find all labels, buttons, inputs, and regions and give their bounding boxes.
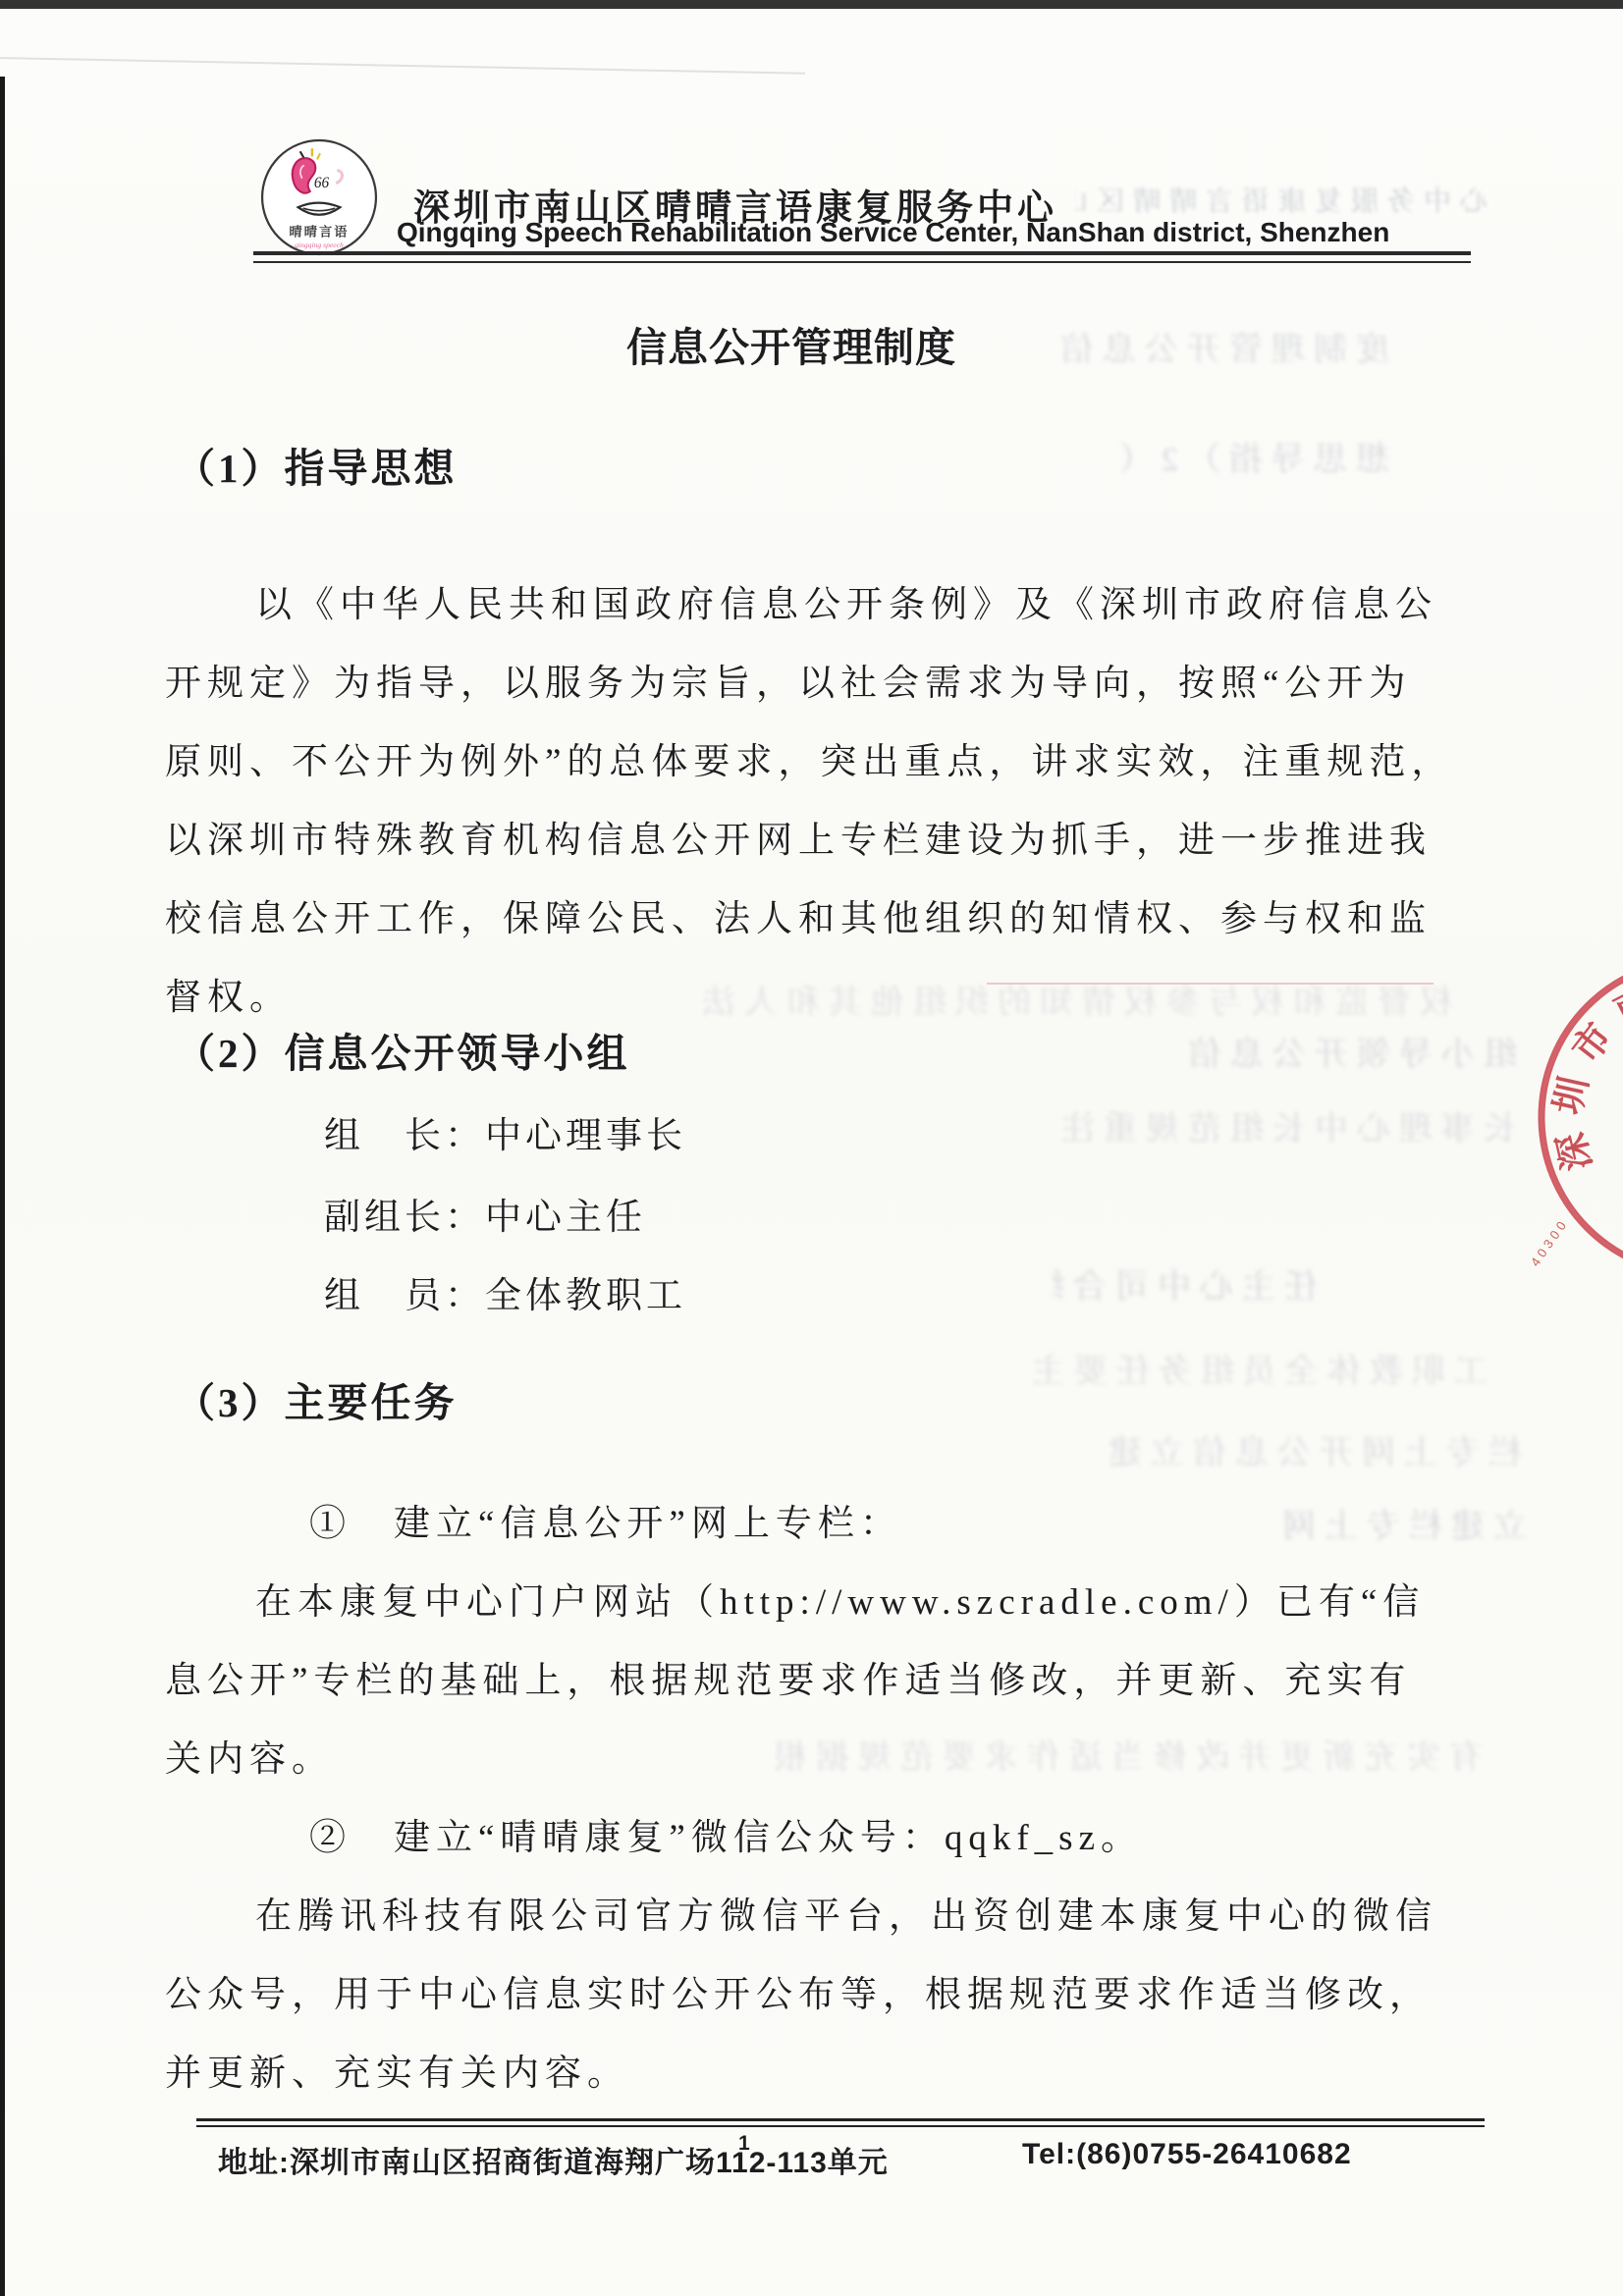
org-logo: 66 晴晴言语 qingqing speech (259, 137, 379, 257)
paragraph-line: 校信息公开工作，保障公民、法人和其他组织的知情权、参与权和监 (165, 888, 1432, 941)
bleedthrough-text: 栏专上网开公息信立建 (815, 1425, 1522, 1470)
bleedthrough-text: 立建栏专上网 (1163, 1499, 1527, 1544)
bleedthrough-text: 想思导指）2（ (1075, 432, 1389, 477)
section-1-heading: （1）指导思想 (175, 436, 458, 494)
paragraph-line: 在本康复中心门户网站（http://www.szcradle.com/）已有“信 (255, 1572, 1425, 1625)
page-number: 1 (738, 2132, 750, 2156)
svg-text:深圳市南山: 深圳市南山 (1547, 967, 1623, 1174)
section-3-heading: （3）主要任务 (175, 1370, 458, 1428)
member-row: 组 员：全体教职工 (324, 1265, 686, 1318)
scan-top-edge (0, 0, 1623, 9)
paragraph-line: 原则、不公开为例外”的总体要求，突出重点，讲求实效，注重规范， (165, 731, 1453, 784)
paragraph-line: 并更新、充实有关内容。 (165, 2043, 629, 2096)
footer-address: 地址:深圳市南山区招商街道海翔广场112-113单元 (218, 2138, 889, 2181)
bleedthrough-text: 权督监和权与参权情知的织组他其和人法 (422, 975, 1453, 1020)
org-name-en: Qingqing Speech Rehabilitation Service C… (397, 217, 1389, 248)
paragraph-line: 关内容。 (165, 1729, 334, 1782)
scanned-document-page: 心中务服复康语言晴晴区山南市圳深 度制理管开公息信 想思导指）2（ 权督监和权与… (0, 0, 1623, 2296)
bleedthrough-text: 有实充新更并改修当适作求要范规据根 (550, 1730, 1483, 1775)
document-title: 信息公开管理制度 (626, 315, 956, 373)
paragraph-line: 以《中华人民共和国政府信息公开条例》及《深圳市政府信息公 (255, 574, 1437, 627)
paragraph-line: 开规定》为指导，以服务为宗旨，以社会需求为导向，按照“公开为 (165, 653, 1411, 706)
bleedthrough-text: 工职教体全员组务任要主 (329, 1344, 1488, 1389)
paragraph-line: 督权。 (165, 967, 292, 1020)
paragraph-line: 息公开”专栏的基础上，根据规范要求作适当修改，并更新、充实有 (165, 1650, 1411, 1703)
logo-name-cn: 晴晴言语 (290, 224, 350, 240)
task-item-1: ① 建立“信息公开”网上专栏： (309, 1493, 902, 1546)
paragraph-line: 以深圳市特殊教育机构信息公开网上专栏建设为抓手，进一步推进我 (165, 810, 1432, 863)
footer-rule (196, 2118, 1485, 2127)
paper-crease (0, 57, 805, 75)
paragraph-line: 公众号，用于中心信息实时公开公布等，根据规范要求作适当修改， (165, 1964, 1432, 2017)
bleedthrough-text: 度制理管开公息信 (1036, 322, 1389, 367)
bleedthrough-text: 任主心中司合综 (1053, 1259, 1318, 1305)
task-item-2: ② 建立“晴晴康复”微信公众号：qqkf_sz。 (309, 1807, 1143, 1860)
bleedthrough-text: 组小导领开公息信 (1163, 1027, 1517, 1072)
header-rule (253, 251, 1471, 263)
member-row: 组 长：中心理事长 (324, 1105, 686, 1158)
footer-tel: Tel:(86)0755-26410682 (1022, 2138, 1352, 2171)
scan-left-edge (0, 77, 5, 2296)
stamp-arc-text: 深圳市南山 (1547, 967, 1623, 1174)
member-row: 副组长：中心主任 (324, 1187, 646, 1240)
logo-name-en: qingqing speech (295, 240, 344, 249)
section-2-heading: （2）信息公开领导小组 (175, 1021, 630, 1079)
sound-marks-icon: 66 (314, 175, 330, 191)
paragraph-line: 在腾讯科技有限公司官方微信平台，出资创建本康复中心的微信 (255, 1886, 1437, 1939)
bleedthrough-text: 长事理心中长组范规重注 (830, 1101, 1517, 1147)
